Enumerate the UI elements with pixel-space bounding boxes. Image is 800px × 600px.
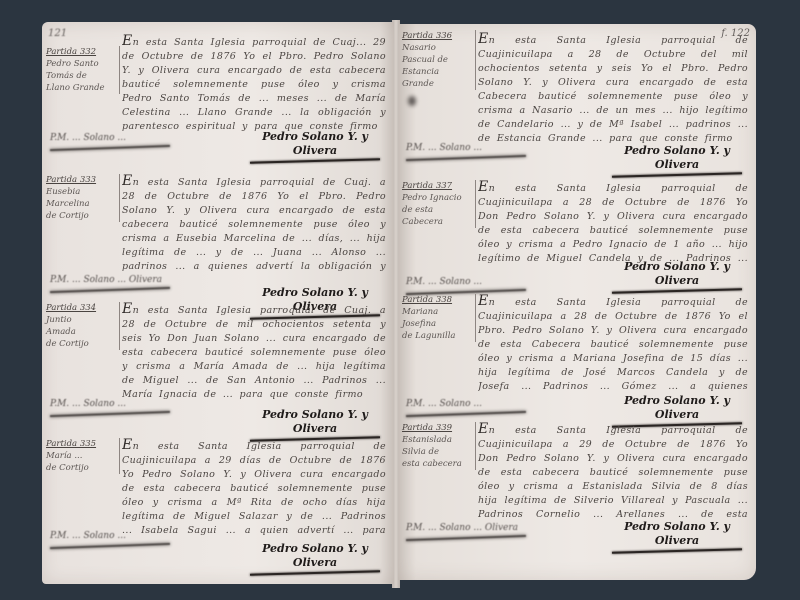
margin-line: de esta <box>402 205 433 215</box>
partida-number: Partida 333 <box>46 174 116 186</box>
witness-signature: P.M. ... Solano ... <box>50 398 180 415</box>
margin-line: Llano Grande <box>46 83 105 93</box>
signature-flourish <box>406 411 526 417</box>
signature-flourish <box>612 548 742 553</box>
left-page: 121 Partida 332 Pedro Santo Tomás de Lla… <box>42 22 394 584</box>
signature-flourish <box>50 411 170 417</box>
margin-note: Partida 337 Pedro Ignacio de esta Cabece… <box>402 180 476 228</box>
margin-line: María ... <box>46 451 82 461</box>
signature-line: Olivera <box>250 144 380 158</box>
signature-flourish <box>250 570 380 575</box>
witness-name: P.M. ... Solano ... Olivera <box>406 523 518 533</box>
signature-line: Pedro Solano Y. y <box>624 520 730 533</box>
entry-text: En esta Santa Iglesia parroquial de Cuaj… <box>478 32 748 144</box>
margin-line: de Cortijo <box>46 211 89 221</box>
witness-signature: P.M. ... Solano ... Olivera <box>406 522 536 539</box>
margin-line: de Lagunilla <box>402 331 456 341</box>
margin-line: Amada <box>46 327 76 337</box>
priest-signature: Pedro Solano Y. y Olivera <box>250 130 380 162</box>
signature-flourish <box>250 158 380 163</box>
signature-line: Olivera <box>612 274 742 288</box>
margin-line: de Cortijo <box>46 463 89 473</box>
margin-line: Pedro Ignacio <box>402 193 462 203</box>
margin-line: Juntio <box>46 315 72 325</box>
entry-text: En esta Santa Iglesia parroquial de Cuaj… <box>122 34 386 132</box>
entry-text: En esta Santa Iglesia parroquial de Cuaj… <box>122 174 386 272</box>
margin-note: Partida 332 Pedro Santo Tomás de Llano G… <box>46 46 120 94</box>
witness-name: P.M. ... Solano ... <box>406 143 482 153</box>
margin-line: Estancia <box>402 67 439 77</box>
priest-signature: Pedro Solano Y. y Olivera <box>612 144 742 176</box>
margin-line: Nasario <box>402 43 436 53</box>
witness-name: P.M. ... Solano ... <box>406 277 482 287</box>
margin-line: Silvia de <box>402 447 439 457</box>
margin-note: Partida 335 María ... de Cortijo <box>46 438 120 474</box>
margin-note: Partida 334 Juntio Amada de Cortijo <box>46 302 120 350</box>
signature-flourish <box>50 287 170 293</box>
witness-signature: P.M. ... Solano ... Olivera <box>50 274 180 291</box>
priest-signature: Pedro Solano Y. y Olivera <box>250 408 380 440</box>
signature-line: Pedro Solano Y. y <box>262 130 368 143</box>
ink-blot <box>408 96 416 106</box>
signature-line: Pedro Solano Y. y <box>624 394 730 407</box>
signature-line: Pedro Solano Y. y <box>624 260 730 273</box>
witness-signature: P.M. ... Solano ... <box>50 132 180 149</box>
partida-number: Partida 335 <box>46 438 116 450</box>
signature-line: Pedro Solano Y. y <box>262 408 368 421</box>
margin-line: Eusebia <box>46 187 80 197</box>
witness-name: P.M. ... Solano ... Olivera <box>50 275 162 285</box>
signature-line: Olivera <box>250 422 380 436</box>
signature-flourish <box>612 172 742 177</box>
signature-line: Pedro Solano Y. y <box>262 542 368 555</box>
margin-line: de Cortijo <box>46 339 89 349</box>
witness-signature: P.M. ... Solano ... <box>406 398 536 415</box>
margin-line: esta cabecera <box>402 459 462 469</box>
signature-line: Pedro Solano Y. y <box>624 144 730 157</box>
signature-flourish <box>406 535 526 541</box>
signature-flourish <box>50 543 170 549</box>
signature-flourish <box>50 145 170 151</box>
entry-text: En esta Santa Iglesia parroquial de Cuaj… <box>478 294 748 392</box>
witness-signature: P.M. ... Solano ... <box>50 530 180 547</box>
witness-name: P.M. ... Solano ... <box>50 399 126 409</box>
witness-name: P.M. ... Solano ... <box>50 133 126 143</box>
margin-line: Josefina <box>402 319 436 329</box>
witness-name: P.M. ... Solano ... <box>50 531 126 541</box>
witness-name: P.M. ... Solano ... <box>406 399 482 409</box>
signature-line: Olivera <box>612 408 742 422</box>
signature-line: Olivera <box>250 556 380 570</box>
partida-number: Partida 334 <box>46 302 116 314</box>
folio-number: 121 <box>48 28 67 39</box>
margin-line: Tomás de <box>46 71 87 81</box>
open-register-book: 121 Partida 332 Pedro Santo Tomás de Lla… <box>0 0 800 600</box>
margin-line: Pedro Santo <box>46 59 99 69</box>
signature-flourish <box>612 288 742 293</box>
signature-line: Olivera <box>612 158 742 172</box>
priest-signature: Pedro Solano Y. y Olivera <box>612 260 742 292</box>
entry-text: En esta Santa Iglesia parroquial de Cuaj… <box>122 302 386 400</box>
signature-line: Pedro Solano Y. y <box>262 286 368 299</box>
entry-text: En esta Santa Iglesia parroquial de Cuaj… <box>478 180 748 264</box>
partida-number: Partida 338 <box>402 294 472 306</box>
margin-note: Partida 336 Nasario Pascual de Estancia … <box>402 30 476 90</box>
margin-note: Partida 338 Mariana Josefina de Lagunill… <box>402 294 476 342</box>
entry-text: En esta Santa Iglesia parroquial de Cuaj… <box>122 438 386 536</box>
margin-note: Partida 339 Estanislada Silvia de esta c… <box>402 422 476 470</box>
margin-note: Partida 333 Eusebia Marcelina de Cortijo <box>46 174 120 222</box>
priest-signature: Pedro Solano Y. y Olivera <box>612 520 742 552</box>
partida-number: Partida 337 <box>402 180 472 192</box>
priest-signature: Pedro Solano Y. y Olivera <box>250 542 380 574</box>
signature-line: Olivera <box>612 534 742 548</box>
entry-text: En esta Santa Iglesia parroquial de Cuaj… <box>478 422 748 520</box>
witness-signature: P.M. ... Solano ... <box>406 276 536 293</box>
margin-line: Estanislada <box>402 435 452 445</box>
margin-line: Cabecera <box>402 217 443 227</box>
partida-number: Partida 339 <box>402 422 472 434</box>
margin-line: Grande <box>402 79 434 89</box>
partida-number: Partida 336 <box>402 30 472 42</box>
witness-signature: P.M. ... Solano ... <box>406 142 536 159</box>
margin-line: Marcelina <box>46 199 90 209</box>
signature-flourish <box>406 155 526 161</box>
partida-number: Partida 332 <box>46 46 116 58</box>
margin-line: Mariana <box>402 307 438 317</box>
right-page: f. 122 Partida 336 Nasario Pascual de Es… <box>398 24 756 580</box>
margin-line: Pascual de <box>402 55 448 65</box>
